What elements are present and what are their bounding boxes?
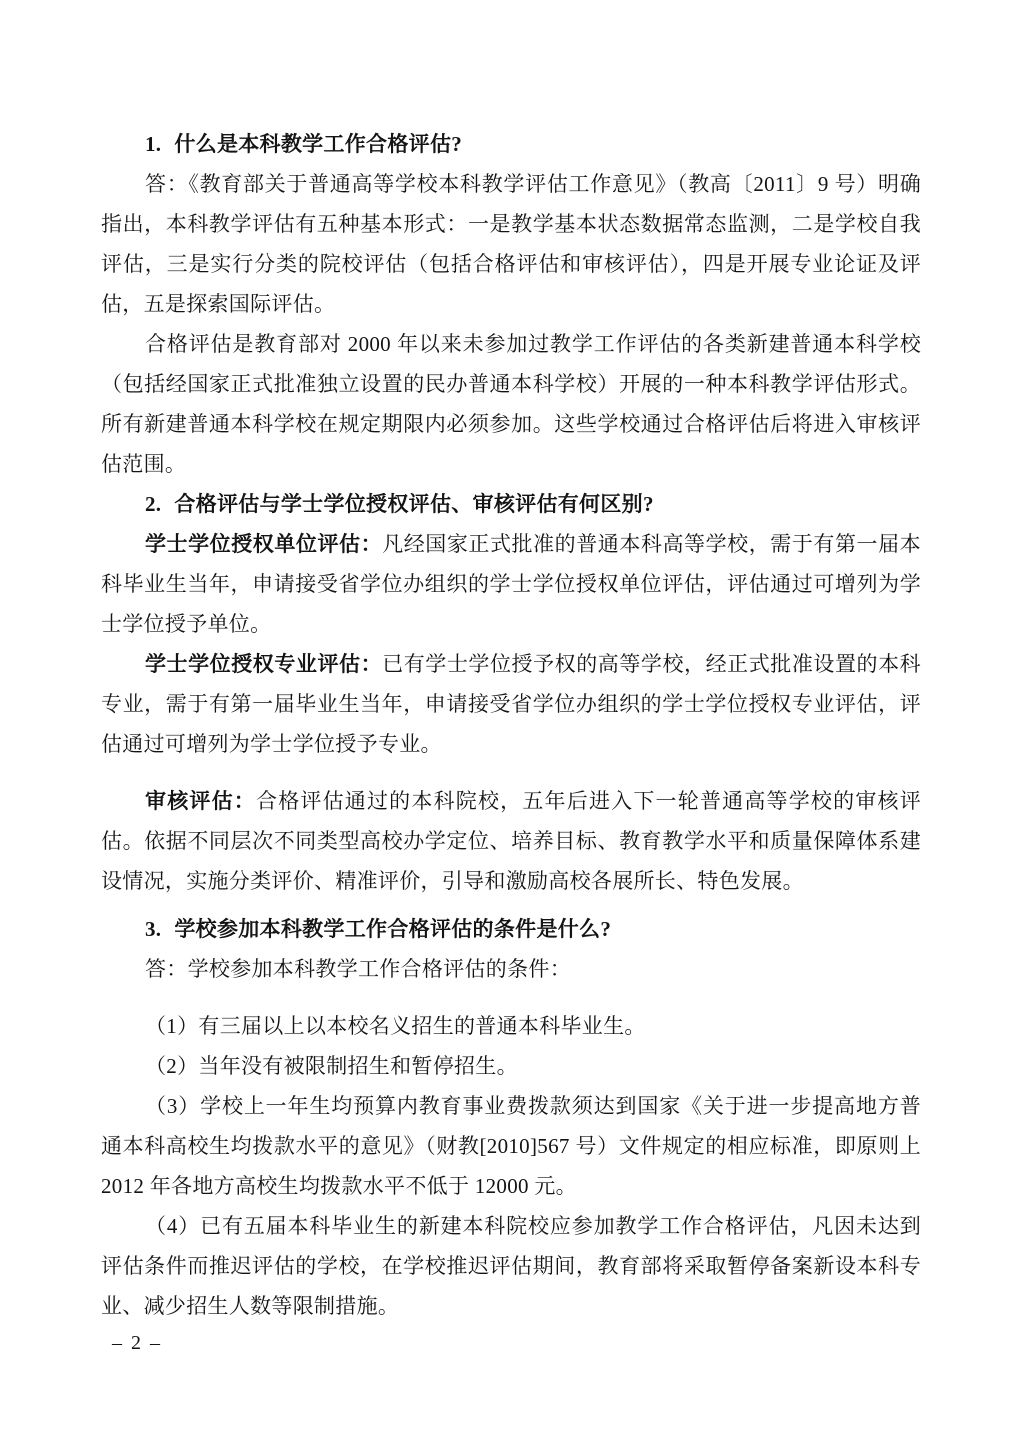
section-3-heading: 3.学校参加本科教学工作合格评估的条件是什么? <box>101 909 921 949</box>
paragraph-text: （4）已有五届本科毕业生的新建本科院校应参加教学工作合格评估，凡因未达到评估条件… <box>101 1214 921 1318</box>
page-number: – 2 – <box>112 1332 162 1355</box>
section-3-title: 学校参加本科教学工作合格评估的条件是什么? <box>174 917 611 941</box>
paragraph-answer-3: 答：学校参加本科教学工作合格评估的条件： <box>101 949 921 989</box>
paragraph-heping-definition: 合格评估是教育部对 2000 年以来未参加过教学工作评估的各类新建普通本科学校（… <box>101 324 921 484</box>
paragraph-text: （3）学校上一年生均预算内教育事业费拨款须达到国家《关于进一步提高地方普通本科高… <box>101 1094 921 1198</box>
document-body: 1.什么是本科教学工作合格评估? 答：《教育部关于普通高等学校本科教学评估工作意… <box>101 124 921 1326</box>
section-1-heading: 1.什么是本科教学工作合格评估? <box>101 124 921 164</box>
paragraph-text: 答：学校参加本科教学工作合格评估的条件： <box>145 957 571 981</box>
section-3-number: 3. <box>145 917 161 941</box>
document-page: 1.什么是本科教学工作合格评估? 答：《教育部关于普通高等学校本科教学评估工作意… <box>0 0 1024 1447</box>
section-2-title: 合格评估与学士学位授权评估、审核评估有何区别? <box>174 492 653 516</box>
paragraph-text: 合格评估是教育部对 2000 年以来未参加过教学工作评估的各类新建普通本科学校（… <box>101 332 921 476</box>
paragraph-degree-major-evaluation: 学士学位授权专业评估：已有学士学位授予权的高等学校，经正式批准设置的本科专业，需… <box>101 644 921 764</box>
paragraph-degree-unit-evaluation: 学士学位授权单位评估：凡经国家正式批准的普通本科高等学校，需于有第一届本科毕业生… <box>101 524 921 644</box>
paragraph-lead-term: 学士学位授权单位评估： <box>145 532 382 556</box>
paragraph-condition-4: （4）已有五届本科毕业生的新建本科院校应参加教学工作合格评估，凡因未达到评估条件… <box>101 1206 921 1326</box>
paragraph-text: （2）当年没有被限制招生和暂停招生。 <box>145 1054 518 1078</box>
paragraph-text: （1）有三届以上以本校名义招生的普通本科毕业生。 <box>145 1014 646 1038</box>
paragraph-text: 答：《教育部关于普通高等学校本科教学评估工作意见》（教高〔2011〕9 号）明确… <box>101 172 921 316</box>
paragraph-condition-1: （1）有三届以上以本校名义招生的普通本科毕业生。 <box>101 1006 921 1046</box>
section-2-heading: 2.合格评估与学士学位授权评估、审核评估有何区别? <box>101 484 921 524</box>
paragraph-audit-evaluation: 审核评估：合格评估通过的本科院校，五年后进入下一轮普通高等学校的审核评估。依据不… <box>101 781 921 901</box>
paragraph-answer-1: 答：《教育部关于普通高等学校本科教学评估工作意见》（教高〔2011〕9 号）明确… <box>101 164 921 324</box>
paragraph-lead-term: 审核评估： <box>145 789 256 813</box>
section-1-title: 什么是本科教学工作合格评估? <box>174 132 462 156</box>
paragraph-lead-term: 学士学位授权专业评估： <box>145 652 382 676</box>
paragraph-condition-2: （2）当年没有被限制招生和暂停招生。 <box>101 1046 921 1086</box>
section-2-number: 2. <box>145 492 161 516</box>
paragraph-condition-3: （3）学校上一年生均预算内教育事业费拨款须达到国家《关于进一步提高地方普通本科高… <box>101 1086 921 1206</box>
section-1-number: 1. <box>145 132 161 156</box>
